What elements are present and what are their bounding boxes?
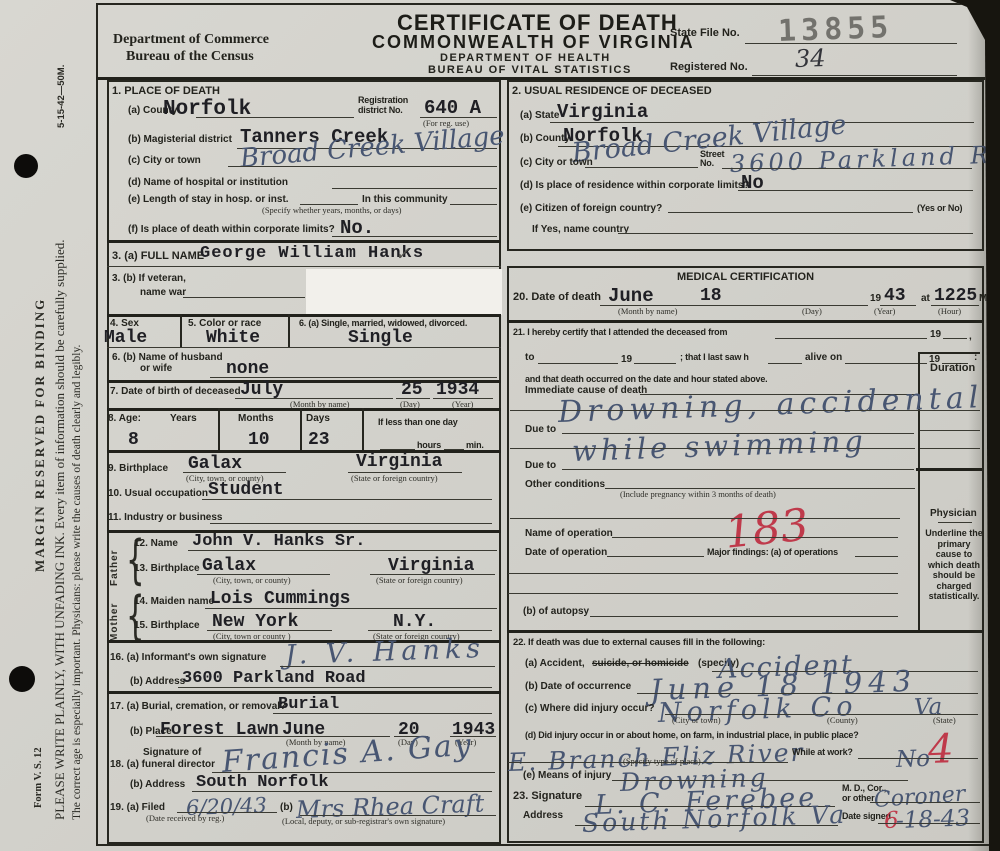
date-signed-value: -18-43: [896, 807, 971, 833]
commonwealth-subtitle: COMMONWEALTH OF VIRGINIA: [372, 33, 695, 51]
rule-line: [510, 518, 900, 519]
marital-value: Single: [348, 329, 413, 347]
rule-line: [618, 233, 973, 234]
state-file-label: State File No.: [670, 27, 740, 40]
certificate-paper: 5-15-42—50M. PLEASE WRITE PLAINLY, WITH …: [0, 0, 1000, 851]
occupation-value: Student: [208, 481, 284, 499]
margin-instruction-line2: The correct age is especially important.…: [71, 85, 83, 820]
spouse-label2: or wife: [140, 363, 172, 375]
rule-line: [612, 537, 898, 538]
rule-line: [855, 556, 898, 557]
filed-date-note: (Date received by reg.): [146, 814, 224, 823]
due-to-label2: Due to: [525, 460, 556, 472]
dob-label: 7. Date of birth of deceased: [110, 386, 241, 398]
rule-line: [96, 844, 990, 846]
filed-b-label: (b): [280, 802, 293, 814]
funeral-director-label: 18. (a) funeral director: [110, 759, 215, 771]
corporate-limits-label: (f) Is place of death within corporate l…: [128, 224, 335, 236]
rule-line: [107, 266, 501, 267]
father-side-label: Father: [109, 540, 120, 586]
bureau-census-label: Bureau of the Census: [126, 50, 254, 64]
red-code-4: 4: [927, 729, 954, 770]
stay-note: (Specify whether years, months, or days): [262, 206, 402, 215]
if-yes-label: If Yes, name country: [532, 224, 629, 236]
rule-line: [538, 363, 618, 364]
rule-line: [96, 3, 988, 5]
rule-line: [202, 499, 492, 500]
citizen-label: (e) Citizen of foreign country?: [520, 203, 662, 215]
informant-signature: J. V. Hanks: [285, 635, 486, 669]
rule-line: [775, 338, 927, 339]
place-of-death-title: 1. PLACE OF DEATH: [112, 85, 220, 98]
informant-address-label: (b) Address: [130, 676, 185, 688]
length-of-stay-label: (e) Length of stay in hosp. or inst.: [128, 194, 289, 206]
punch-hole: [9, 666, 35, 692]
name-war-label: name war: [140, 287, 186, 299]
registration-district-value: 640 A: [424, 99, 481, 118]
rule-line: [607, 556, 704, 557]
state-note: (State): [933, 716, 956, 725]
rule-line: [738, 190, 973, 191]
rule-line: [196, 117, 354, 118]
rule-line: [96, 3, 98, 845]
rule-line: [858, 758, 978, 759]
scan-background: 5-15-42—50M. PLEASE WRITE PLAINLY, WITH …: [0, 0, 1000, 851]
full-name-label: 3. (a) FULL NAME: [112, 250, 204, 263]
city-town-label: (c) City or town: [128, 155, 201, 167]
age-days-label: Days: [306, 413, 330, 425]
rule-line: [210, 377, 497, 378]
state-file-number: 13855: [778, 13, 894, 47]
age-days-value: 23: [308, 431, 330, 449]
father-state-value: Virginia: [388, 557, 474, 575]
margin-instruction-line1: PLEASE WRITE PLAINLY, WITH UNFADING INK.…: [52, 72, 68, 820]
rule-line: [332, 188, 497, 189]
age-months-value: 10: [248, 431, 270, 449]
registration-district-label1: Registration: [358, 95, 408, 105]
registration-district-label2: district No.: [358, 105, 403, 115]
rule-line: [507, 630, 984, 633]
death-day: 18: [700, 287, 722, 305]
rule-line: [332, 236, 497, 237]
margin-binding-label: MARGIN RESERVED FOR BINDING: [32, 262, 48, 572]
mother-name-value: Lois Cummings: [210, 590, 350, 608]
rule-line: [107, 408, 501, 411]
pregnancy-note: (Include pregnancy within 3 months of de…: [620, 490, 776, 499]
rule-line: [634, 363, 676, 364]
rule-line: [188, 550, 497, 551]
informant-address-value: 3600 Parkland Road: [182, 670, 366, 687]
injury-place-question: (d) Did injury occur in or about home, o…: [525, 730, 859, 740]
rule-line: [288, 314, 290, 347]
dept-commerce-label: Department of Commerce: [113, 33, 269, 47]
death-day-note: (Day): [802, 307, 822, 316]
residence-city-label: (c) City or town: [520, 157, 593, 169]
full-name-value: George William Hanks: [200, 245, 424, 262]
death-month: June: [608, 287, 654, 306]
date-of-death-label: 20. Date of death: [513, 291, 601, 304]
rule-line: [943, 338, 967, 339]
rule-line: [183, 297, 305, 298]
death-year: 43: [884, 287, 906, 305]
rule-line: [107, 240, 501, 243]
age-years-value: 8: [128, 431, 139, 449]
external-causes-title: 22. If death was due to external causes …: [513, 638, 765, 649]
less-than-day-label: If less than one day: [378, 417, 458, 427]
sex-value: Male: [104, 329, 147, 347]
mother-birthplace-label: 15. Birthplace: [134, 620, 200, 632]
rule-line: [508, 593, 898, 594]
birthplace-value: Galax: [188, 455, 242, 473]
autopsy-label: (b) of autopsy: [523, 606, 589, 618]
birthplace-state-note: (State or foreign country): [351, 474, 438, 483]
veteran-label: 3. (b) If veteran,: [112, 273, 186, 285]
rule-line: [228, 166, 497, 167]
county-note: (County): [827, 716, 858, 725]
where-injury-label: (c) Where did injury occur?: [525, 703, 654, 715]
dept-health-label: DEPARTMENT OF HEALTH: [440, 53, 611, 64]
rule-line: [508, 573, 898, 574]
certify-line2: and that death occurred on the date and …: [525, 374, 767, 384]
registrar-note: (Local, deputy, or sub-registrar's own s…: [282, 817, 445, 826]
rule-line: [510, 410, 980, 411]
street-no-label: No.: [700, 158, 714, 168]
occupation-label: 10. Usual occupation: [108, 488, 208, 500]
filed-label: 19. (a) Filed: [110, 802, 165, 814]
mother-birthplace-value: New York: [212, 613, 298, 631]
rule-line: [218, 408, 220, 450]
mother-name-label: 14. Maiden name: [134, 596, 214, 608]
race-value: White: [206, 329, 260, 347]
punch-hole: [14, 154, 38, 178]
rule-line: [938, 522, 972, 523]
magisterial-district-label: (b) Magisterial district: [128, 134, 232, 146]
father-birthplace-label: 13. Birthplace: [134, 563, 200, 575]
redaction-box: [306, 269, 502, 315]
city-town-note: (City or town): [672, 716, 721, 725]
operation-label: Name of operation: [525, 528, 613, 540]
rule-line: [205, 608, 497, 609]
age-years-label: Years: [170, 413, 197, 425]
rule-line: [107, 314, 501, 317]
certifier-address-label: Address: [523, 810, 563, 822]
father-state-note: (State or foreign country): [376, 576, 463, 585]
spouse-value: none: [226, 360, 269, 378]
rule-line: [510, 448, 915, 449]
rule-line: [585, 167, 698, 168]
form-number: Form V. S. 12: [33, 708, 44, 808]
rule-line: [612, 780, 908, 781]
certify-line1: 21. I hereby certify that I attended the…: [513, 327, 727, 337]
age-months-label: Months: [238, 413, 274, 425]
rule-line: [590, 616, 898, 617]
at-label: at: [921, 293, 930, 305]
hours-label: hours: [417, 440, 441, 450]
rule-line: [870, 802, 980, 803]
rule-line: [668, 212, 913, 213]
father-name-label: 12. Name: [134, 538, 178, 550]
year-19: 19: [621, 354, 632, 366]
alive-on-label: alive on: [805, 352, 842, 364]
rule-line: [845, 363, 927, 364]
rule-line: [575, 825, 838, 826]
to-label: to: [525, 352, 534, 364]
at-work-label: While at work?: [792, 747, 853, 757]
rule-line: [280, 666, 495, 667]
father-birthplace-note: (City, town, or county): [213, 576, 291, 585]
certifier-signature-label: 23. Signature: [513, 790, 582, 803]
burial-type-value: Burial: [278, 696, 339, 713]
rule-line: [300, 408, 302, 450]
death-month-note: (Month by name): [618, 307, 678, 316]
occurrence-date-label: (b) Date of occurrence: [525, 681, 631, 693]
mother-state-value: N.Y.: [393, 613, 436, 631]
year-19: 19: [930, 329, 941, 341]
informant-signature-label: 16. (a) Informant's own signature: [110, 652, 266, 664]
death-year-note: (Year): [874, 307, 895, 316]
scan-edge-shadow: [968, 0, 992, 851]
at-work-value: No: [896, 748, 931, 772]
age-label: 8. Age:: [108, 413, 141, 425]
registered-label: Registered No.: [670, 61, 748, 74]
marital-label: 6. (a) Single, married, widowed, divorce…: [299, 318, 467, 328]
rule-line: [768, 363, 802, 364]
due-to-label: Due to: [525, 424, 556, 436]
rule-line: [210, 523, 492, 524]
bureau-vital-stats-label: BUREAU OF VITAL STATISTICS: [428, 65, 632, 76]
rule-line: [878, 823, 980, 824]
means-of-injury-label: (e) Means of injury: [523, 770, 611, 782]
father-name-value: John V. Hanks Sr.: [192, 533, 365, 550]
rule-line: [107, 691, 501, 694]
residence-state-value: Virginia: [557, 103, 648, 122]
father-birthplace-value: Galax: [202, 557, 256, 575]
accident-strike-label: suicide, or homicide: [592, 658, 689, 670]
rule-line: [562, 469, 914, 470]
certificate-title: CERTIFICATE OF DEATH: [397, 12, 678, 34]
rule-line: [362, 408, 364, 450]
death-hour-note: (Hour): [938, 307, 961, 316]
dob-year: 1934: [436, 381, 479, 399]
medical-title: MEDICAL CERTIFICATION: [507, 271, 984, 284]
last-saw-label: ; that I last saw h: [680, 352, 749, 362]
spouse-label: 6. (b) Name of husband: [112, 352, 223, 364]
in-community-label: In this community: [362, 194, 448, 206]
major-findings-label: Major findings: (a) of operations: [707, 547, 838, 557]
year-prefix: 19: [870, 293, 881, 305]
rule-line: [507, 320, 984, 323]
residence-corporate-label: (d) Is place of residence within corpora…: [520, 180, 750, 192]
residence-state-label: (a) State: [520, 110, 559, 122]
rule-line: [273, 713, 492, 714]
funeral-director-address-label: (b) Address: [130, 779, 185, 791]
industry-label: 11. Industry or business: [108, 512, 222, 524]
accident-label: (a) Accident,: [525, 658, 585, 670]
rule-line: [178, 687, 492, 688]
registered-number: 34: [795, 46, 826, 71]
funeral-director-address-value: South Norfolk: [196, 774, 329, 791]
birthplace-label: 9. Birthplace: [108, 463, 168, 475]
min-label: min.: [466, 440, 484, 450]
hospital-label: (d) Name of hospital or institution: [128, 177, 288, 189]
dob-month: July: [240, 381, 283, 399]
mother-side-label: Mother: [109, 596, 120, 642]
rule-line: [180, 314, 182, 347]
birthplace-state-value: Virginia: [356, 453, 442, 471]
signature-of-label: Signature of: [143, 747, 201, 759]
dob-day: 25: [401, 381, 423, 399]
checkmark: ✓: [395, 245, 411, 264]
residence-title: 2. USUAL RESIDENCE OF DECEASED: [512, 85, 712, 98]
rule-line: [722, 168, 972, 169]
other-conditions-label: Other conditions: [525, 479, 605, 491]
rule-line: [107, 347, 501, 348]
rule-line: [450, 204, 497, 205]
burial-type-label: 17. (a) Burial, cremation, or removal?: [110, 701, 286, 713]
operation-date-label: Date of operation: [525, 547, 607, 559]
yes-no-note: (Yes or No): [917, 203, 962, 213]
rule-line: [752, 75, 957, 76]
